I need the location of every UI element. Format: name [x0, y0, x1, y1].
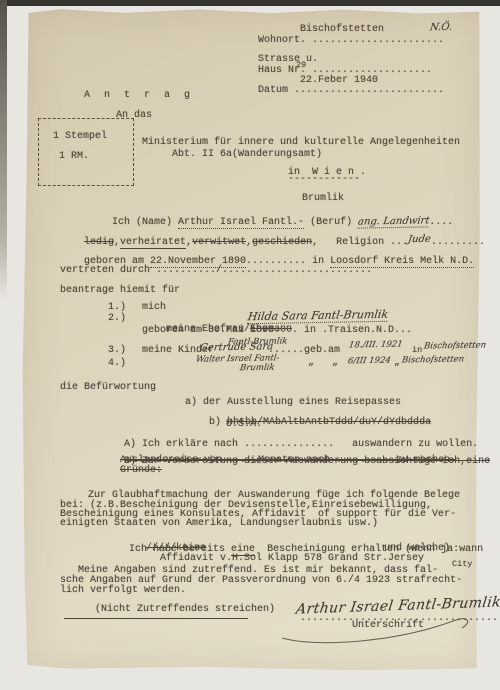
form-title: A n t r a g: [84, 90, 194, 101]
ministry-line2: Abt. II 6a(Wanderungsamt): [172, 149, 322, 160]
sectionB-line2: Auslandsreise von .....Monaten nach ....…: [120, 455, 456, 466]
declaration-line3: lich verfolgt werden.: [60, 585, 186, 596]
ministry-line1: Ministerium für innere und kulturelle An…: [142, 137, 460, 148]
belege-line4: einigten Staaten von Amerika, Landungser…: [60, 518, 378, 529]
item3-number: 3.): [108, 345, 126, 356]
item4-ditto-marks: „ „: [308, 357, 338, 368]
ministry-city-underline: ------------: [288, 174, 360, 185]
item4-hand-name2: Brumlik: [239, 363, 275, 374]
signature-flourish: [278, 606, 478, 651]
stamp-box: 1 Stempel 1 RM.: [38, 118, 134, 186]
item2-number: 2.): [108, 313, 126, 324]
item3-hand-name: Gertrude Sara: [199, 341, 274, 353]
item3-hand-date: 18./III. 1921: [348, 340, 403, 351]
affidavit-line: Affidavit v.H.Sol Klapp 578 Grand Str.Je…: [160, 553, 424, 564]
vertreten-line: vertreten durch ........../.............…: [60, 265, 372, 276]
scan-left-shadow: [0, 0, 7, 300]
stamp-line2: 1 RM.: [59, 151, 89, 162]
befuerwortung-b-label: b): [209, 417, 227, 428]
item4-hand-date: 6/III 1924: [347, 356, 391, 367]
item4-hand-ort: Bischofstetten: [401, 354, 465, 365]
scan-stage: Bischofstetten N.Ö. Wohnort. ...........…: [0, 0, 500, 690]
strasse-label: Strasse u.: [258, 54, 318, 65]
wohnort-label: Wohnort. ......................: [258, 35, 444, 46]
item2-hand-name: Hilda Sara Fantl-Brumlik: [247, 308, 389, 324]
affidavit-city: City: [452, 559, 472, 570]
streichen-note: (Nicht Zutreffendes streichen): [95, 604, 275, 615]
item1-text: mich: [142, 302, 166, 313]
wohnort-value: Bischofstetten: [300, 24, 384, 35]
datum-label: Datum .........................: [258, 85, 444, 96]
sectionB-line3: Gründe:: [120, 465, 162, 476]
streichen-underline: [64, 618, 248, 619]
item3-hand-ort: Bischofstetten: [423, 340, 487, 351]
befuerwortung-label: die Befürwortung: [60, 382, 156, 393]
item4-number: 4.): [108, 358, 126, 369]
item2-geboren-line: geboren am 30.Mai 1898.... in .Traisen.N…: [142, 325, 412, 336]
stamp-line1: 1 Stempel: [53, 131, 107, 142]
surname-above: Brumlik: [302, 193, 344, 204]
religion-hand-value: Jude: [407, 234, 431, 245]
beantrage-line: beantrage hiemit für: [60, 285, 180, 296]
scan-top-shadow: [0, 0, 500, 6]
item1-number: 1.): [108, 302, 126, 313]
item4-ditto-mark2: „: [394, 357, 400, 368]
wohnort-hand-note: N.Ö.: [429, 22, 453, 33]
